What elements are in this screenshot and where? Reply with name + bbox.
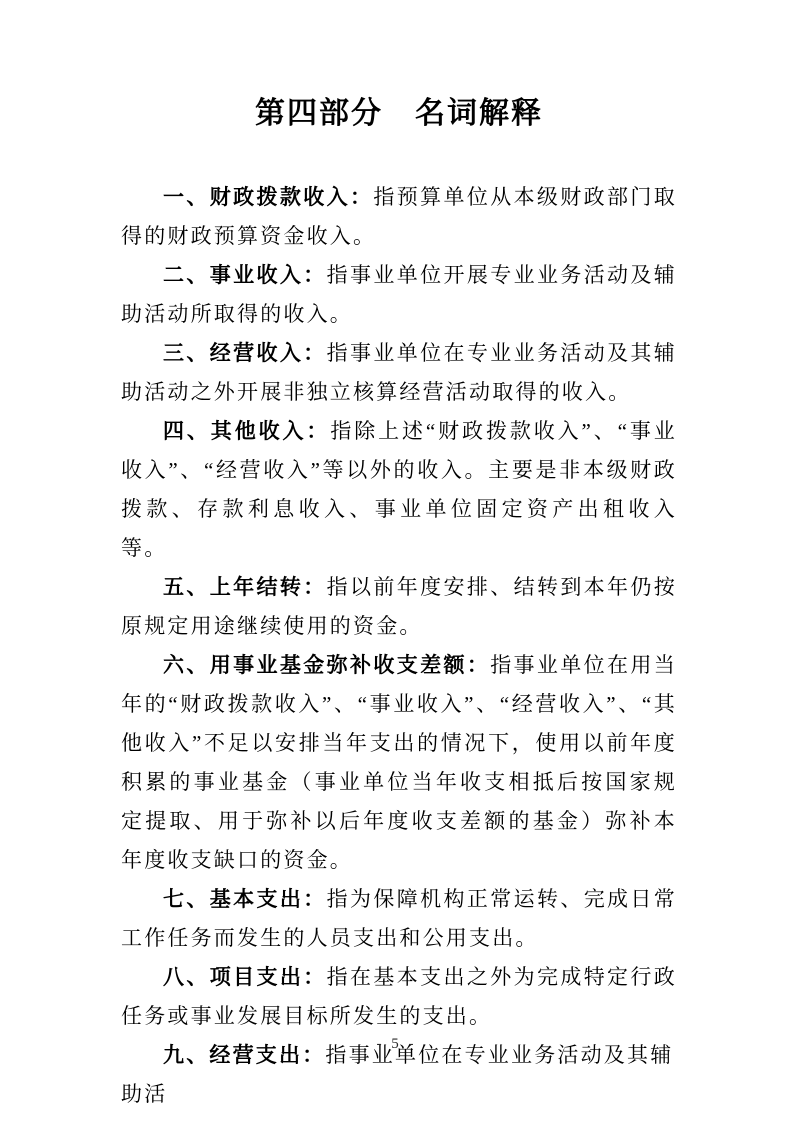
glossary-paragraph: 三、经营收入：指事业单位在专业业务活动及其辅助活动之外开展非独立核算经营活动取得…	[121, 334, 677, 412]
term-label: 八、项目支出：	[163, 965, 327, 989]
glossary-section: 一、财政拨款收入：指预算单位从本级财政部门取得的财政预算资金收入。 二、事业收入…	[121, 178, 677, 1114]
term-label: 一、财政拨款收入：	[163, 185, 373, 209]
glossary-paragraph: 一、财政拨款收入：指预算单位从本级财政部门取得的财政预算资金收入。	[121, 178, 677, 256]
term-label: 六、用事业基金弥补收支差额：	[163, 653, 490, 677]
term-label: 五、上年结转：	[163, 575, 327, 599]
document-page: 第四部分 名词解释 一、财政拨款收入：指预算单位从本级财政部门取得的财政预算资金…	[0, 0, 793, 1122]
page-content: 第四部分 名词解释 一、财政拨款收入：指预算单位从本级财政部门取得的财政预算资金…	[121, 96, 677, 1114]
glossary-paragraph: 八、项目支出：指在基本支出之外为完成特定行政任务或事业发展目标所发生的支出。	[121, 958, 677, 1036]
term-label: 二、事业收入：	[163, 263, 327, 287]
term-definition: 指事业单位在用当年的“财政拨款收入”、“事业收入”、“经营收入”、“其他收入”不…	[121, 653, 677, 872]
glossary-paragraph: 七、基本支出：指为保障机构正常运转、完成日常工作任务而发生的人员支出和公用支出。	[121, 880, 677, 958]
term-label: 四、其他收入：	[163, 419, 330, 443]
glossary-paragraph: 二、事业收入：指事业单位开展专业业务活动及辅助活动所取得的收入。	[121, 256, 677, 334]
page-number: - 5 -	[0, 1036, 793, 1053]
glossary-paragraph: 五、上年结转：指以前年度安排、结转到本年仍按原规定用途继续使用的资金。	[121, 568, 677, 646]
term-label: 三、经营收入：	[163, 341, 327, 365]
glossary-paragraph: 四、其他收入：指除上述“财政拨款收入”、“事业收入”、“经营收入”等以外的收入。…	[121, 412, 677, 568]
glossary-paragraph: 六、用事业基金弥补收支差额：指事业单位在用当年的“财政拨款收入”、“事业收入”、…	[121, 646, 677, 880]
term-label: 七、基本支出：	[163, 887, 327, 911]
page-title: 第四部分 名词解释	[121, 96, 677, 132]
